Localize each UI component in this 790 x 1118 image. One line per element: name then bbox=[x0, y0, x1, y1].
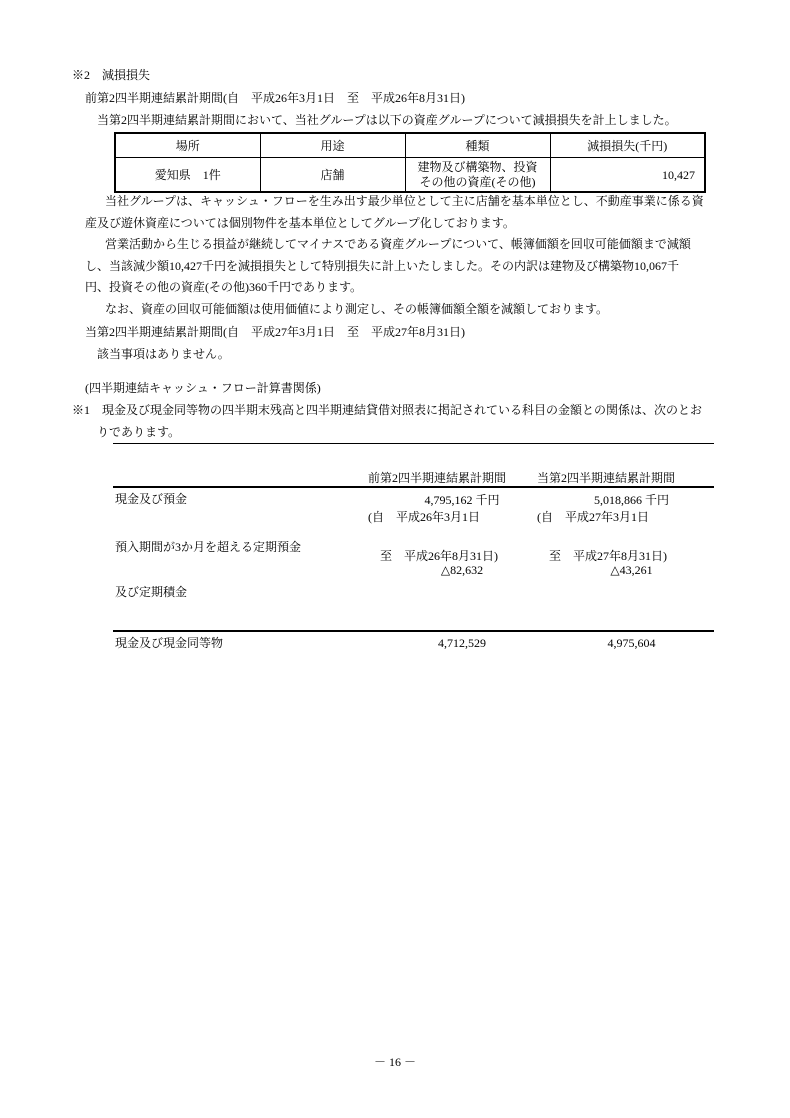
header-cell-amount: 減損損失(千円) bbox=[550, 133, 705, 158]
prior-col-from: (自 平成26年3月1日 bbox=[368, 511, 506, 524]
cashflow-note-line-2: りであります。 bbox=[97, 425, 180, 439]
cash-equivalents-current-value: 4,975,604 bbox=[571, 631, 714, 655]
current-col-to: 至 平成27年8月31日) bbox=[537, 550, 675, 563]
row-label-cash-equivalents: 現金及び現金同等物 bbox=[113, 631, 353, 655]
cell-usage: 店舗 bbox=[260, 158, 405, 193]
impairment-table: 場所 用途 種類 減損損失(千円) 愛知県 1件 店舗 建物及び構築物、投資 そ… bbox=[114, 132, 706, 193]
current-period-column-header: 当第2四半期連結累計期間 (自 平成27年3月1日 至 平成27年8月31日) bbox=[537, 446, 675, 589]
header-cell-kind: 種類 bbox=[405, 133, 550, 158]
prior-period-column-header: 前第2四半期連結累計期間 (自 平成26年3月1日 至 平成26年8月31日) bbox=[368, 446, 506, 589]
impairment-body-line-1: 当社グループは、キャッシュ・フローを生み出す最少単位として主に店舗を基本単位とし… bbox=[105, 194, 704, 208]
impairment-body-line-6: なお、資産の回収可能価額は使用価値により測定し、その帳簿価額全額を減額しておりま… bbox=[105, 302, 608, 316]
impairment-table-header-row: 場所 用途 種類 減損損失(千円) bbox=[115, 133, 705, 158]
impairment-body-line-5: 円、投資その他の資産(その他)360千円であります。 bbox=[85, 280, 362, 294]
prior-col-to: 至 平成26年8月31日) bbox=[368, 550, 506, 563]
prior-col-title: 前第2四半期連結累計期間 bbox=[368, 472, 506, 485]
cell-kind: 建物及び構築物、投資 その他の資産(その他) bbox=[405, 158, 550, 193]
current-period-heading: 当第2四半期連結累計期間(自 平成27年3月1日 至 平成27年8月31日) bbox=[85, 325, 465, 339]
page-number: － 16 － bbox=[0, 1053, 790, 1070]
current-period-note: 該当事項はありません。 bbox=[97, 347, 230, 361]
current-col-title: 当第2四半期連結累計期間 bbox=[537, 472, 675, 485]
cell-location: 愛知県 1件 bbox=[115, 158, 260, 193]
cashflow-table-header-row: 前第2四半期連結累計期間 (自 平成26年3月1日 至 平成26年8月31日) … bbox=[113, 444, 714, 488]
cashflow-note-line-1: ※1 現金及び現金同等物の四半期末残高と四半期連結貸借対照表に掲記されている科目… bbox=[72, 403, 702, 417]
cell-kind-line1: 建物及び構築物、投資 bbox=[406, 160, 550, 175]
cashflow-table: 前第2四半期連結累計期間 (自 平成26年3月1日 至 平成26年8月31日) … bbox=[113, 443, 714, 655]
cash-equivalents-prior-value: 4,712,529 bbox=[353, 631, 571, 655]
impairment-intro-line: 当第2四半期連結累計期間において、当社グループは以下の資産グループについて減損損… bbox=[97, 113, 677, 127]
impairment-section-heading: ※2 減損損失 bbox=[72, 68, 150, 82]
time-deposits-label-line2: 及び定期積金 bbox=[115, 585, 353, 600]
cell-amount: 10,427 bbox=[550, 158, 705, 193]
cashflow-section-heading: (四半期連結キャッシュ・フロー計算書関係) bbox=[85, 381, 321, 395]
current-col-from: (自 平成27年3月1日 bbox=[537, 511, 675, 524]
impairment-body-line-4: し、当該減少額10,427千円を減損損失として特別損失に計上いたしました。その内… bbox=[85, 259, 679, 273]
impairment-table-data-row: 愛知県 1件 店舗 建物及び構築物、投資 その他の資産(その他) 10,427 bbox=[115, 158, 705, 193]
header-cell-usage: 用途 bbox=[260, 133, 405, 158]
cashflow-table-header-cell: 前第2四半期連結累計期間 (自 平成26年3月1日 至 平成26年8月31日) … bbox=[113, 444, 714, 488]
document-page: ※2 減損損失 前第2四半期連結累計期間(自 平成26年3月1日 至 平成26年… bbox=[0, 0, 790, 1118]
cell-kind-line2: その他の資産(その他) bbox=[406, 175, 550, 190]
row-label-cash-and-deposits: 現金及び預金 bbox=[113, 487, 353, 510]
time-deposits-label-line1: 預入期間が3か月を超える定期預金 bbox=[115, 540, 353, 555]
impairment-body-line-3: 営業活動から生じる損益が継続してマイナスである資産グループについて、帳簿価額を回… bbox=[105, 237, 691, 251]
impairment-body-line-2: 産及び遊休資産については個別物件を基本単位としてグループ化しております。 bbox=[85, 216, 515, 230]
row-label-time-deposits: 預入期間が3か月を超える定期預金 及び定期積金 bbox=[113, 510, 353, 631]
cash-equivalents-row: 現金及び現金同等物 4,712,529 4,975,604 bbox=[113, 631, 714, 655]
header-cell-location: 場所 bbox=[115, 133, 260, 158]
prior-period-heading: 前第2四半期連結累計期間(自 平成26年3月1日 至 平成26年8月31日) bbox=[85, 91, 465, 105]
